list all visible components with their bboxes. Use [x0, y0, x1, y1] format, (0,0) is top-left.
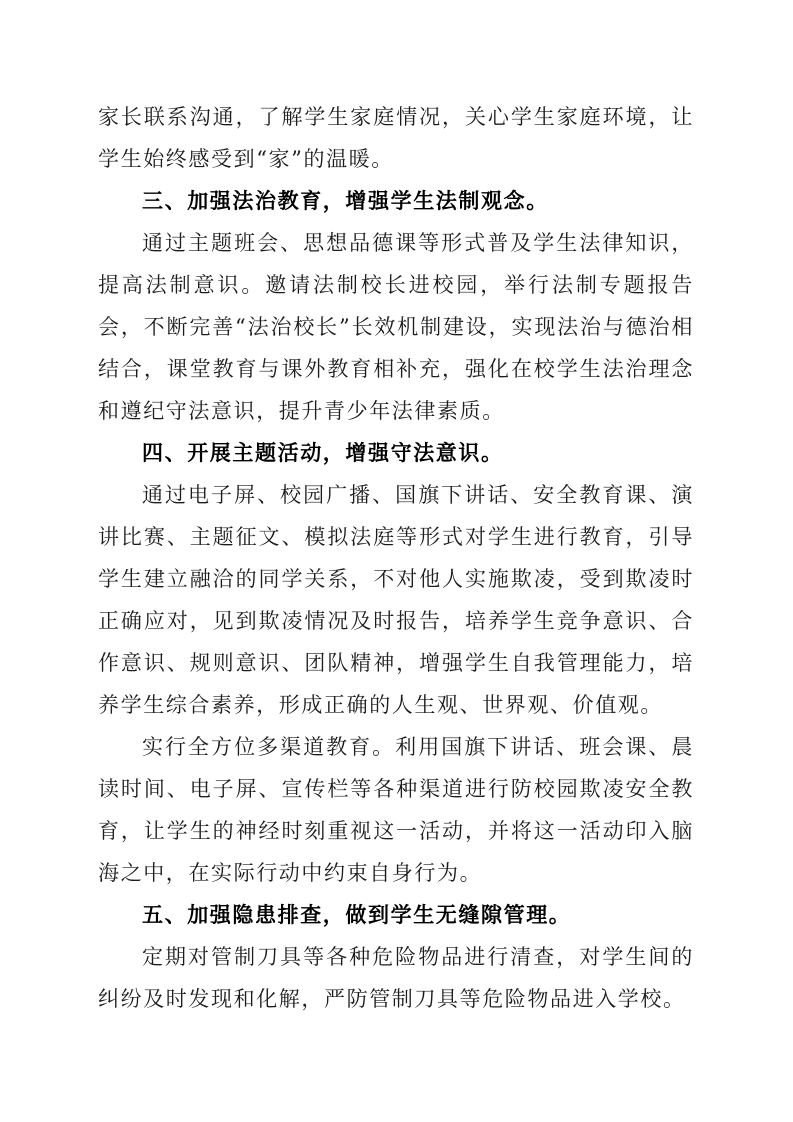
paragraph: 家长联系沟通，了解学生家庭情况，关心学生家庭环境，让学生始终感受到“家”的温暖。	[98, 96, 694, 180]
document-content: 家长联系沟通，了解学生家庭情况，关心学生家庭环境，让学生始终感受到“家”的温暖。…	[98, 96, 694, 1020]
paragraph: 实行全方位多渠道教育。利用国旗下讲话、班会课、晨读时间、电子屏、宣传栏等各种渠道…	[98, 726, 694, 894]
section-heading: 五、加强隐患排查，做到学生无缝隙管理。	[98, 894, 694, 936]
section-heading: 四、开展主题活动，增强守法意识。	[98, 432, 694, 474]
paragraph: 通过电子屏、校园广播、国旗下讲话、安全教育课、演讲比赛、主题征文、模拟法庭等形式…	[98, 474, 694, 726]
paragraph: 定期对管制刀具等各种危险物品进行清查，对学生间的纠纷及时发现和化解，严防管制刀具…	[98, 936, 694, 1020]
document-page: 家长联系沟通，了解学生家庭情况，关心学生家庭环境，让学生始终感受到“家”的温暖。…	[0, 0, 793, 1122]
section-heading: 三、加强法治教育，增强学生法制观念。	[98, 180, 694, 222]
paragraph: 通过主题班会、思想品德课等形式普及学生法律知识，提高法制意识。邀请法制校长进校园…	[98, 222, 694, 432]
